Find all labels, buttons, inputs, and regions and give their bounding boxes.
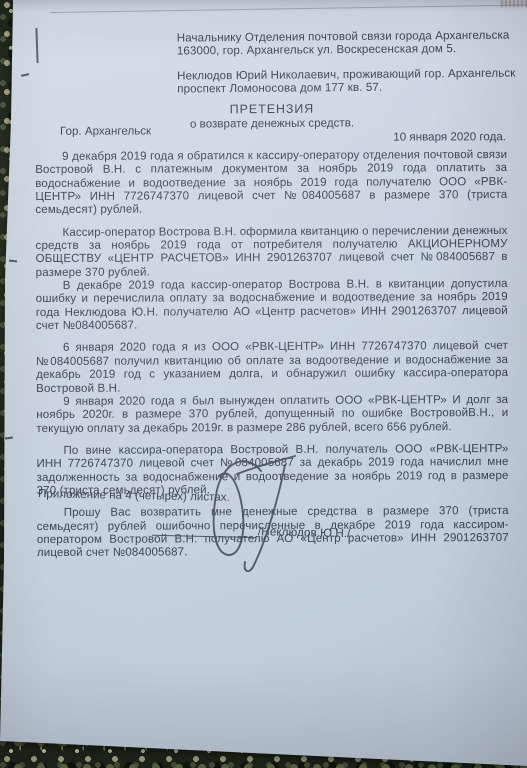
document-sheet: Начальнику Отделения почтовой связи горо… (0, 0, 527, 768)
document-content: Начальнику Отделения почтовой связи горо… (0, 0, 527, 768)
document-header: Начальнику Отделения почтовой связи горо… (177, 28, 526, 107)
pen-bracket-mark (35, 28, 38, 63)
pen-tick-mark (21, 73, 29, 76)
pen-tick-mark (5, 436, 13, 439)
paragraph: 6 января 2020 года я из ООО «РВК-ЦЕНТР» … (36, 340, 508, 395)
sender-block: Неклюдов Юрий Николаевич, проживающий го… (177, 66, 525, 96)
photo-background: Начальнику Отделения почтовой связи горо… (0, 0, 527, 768)
paragraph: 9 января 2020 года я был вынужден оплати… (36, 394, 508, 436)
sender-line-2: проспект Ломоносова дом 177 кв. 57. (177, 81, 382, 96)
paragraph: Кассир-оператор Вострова В.Н. оформила к… (35, 225, 507, 280)
paragraph: 9 декабря 2019 года я обратился к кассир… (35, 149, 507, 218)
recipient-block: Начальнику Отделения почтовой связи горо… (177, 28, 525, 58)
paragraph: В декабре 2019 года кассир-оператор Вост… (36, 278, 508, 333)
pen-tick-mark (9, 260, 17, 263)
sender-line-1: Неклюдов Юрий Николаевич, проживающий го… (177, 66, 515, 82)
recipient-line-2: 163000, гор. Архангельск ул. Воскресенск… (177, 42, 456, 57)
recipient-line-1: Начальнику Отделения почтовой связи горо… (177, 29, 510, 45)
handwritten-signature (183, 443, 309, 576)
